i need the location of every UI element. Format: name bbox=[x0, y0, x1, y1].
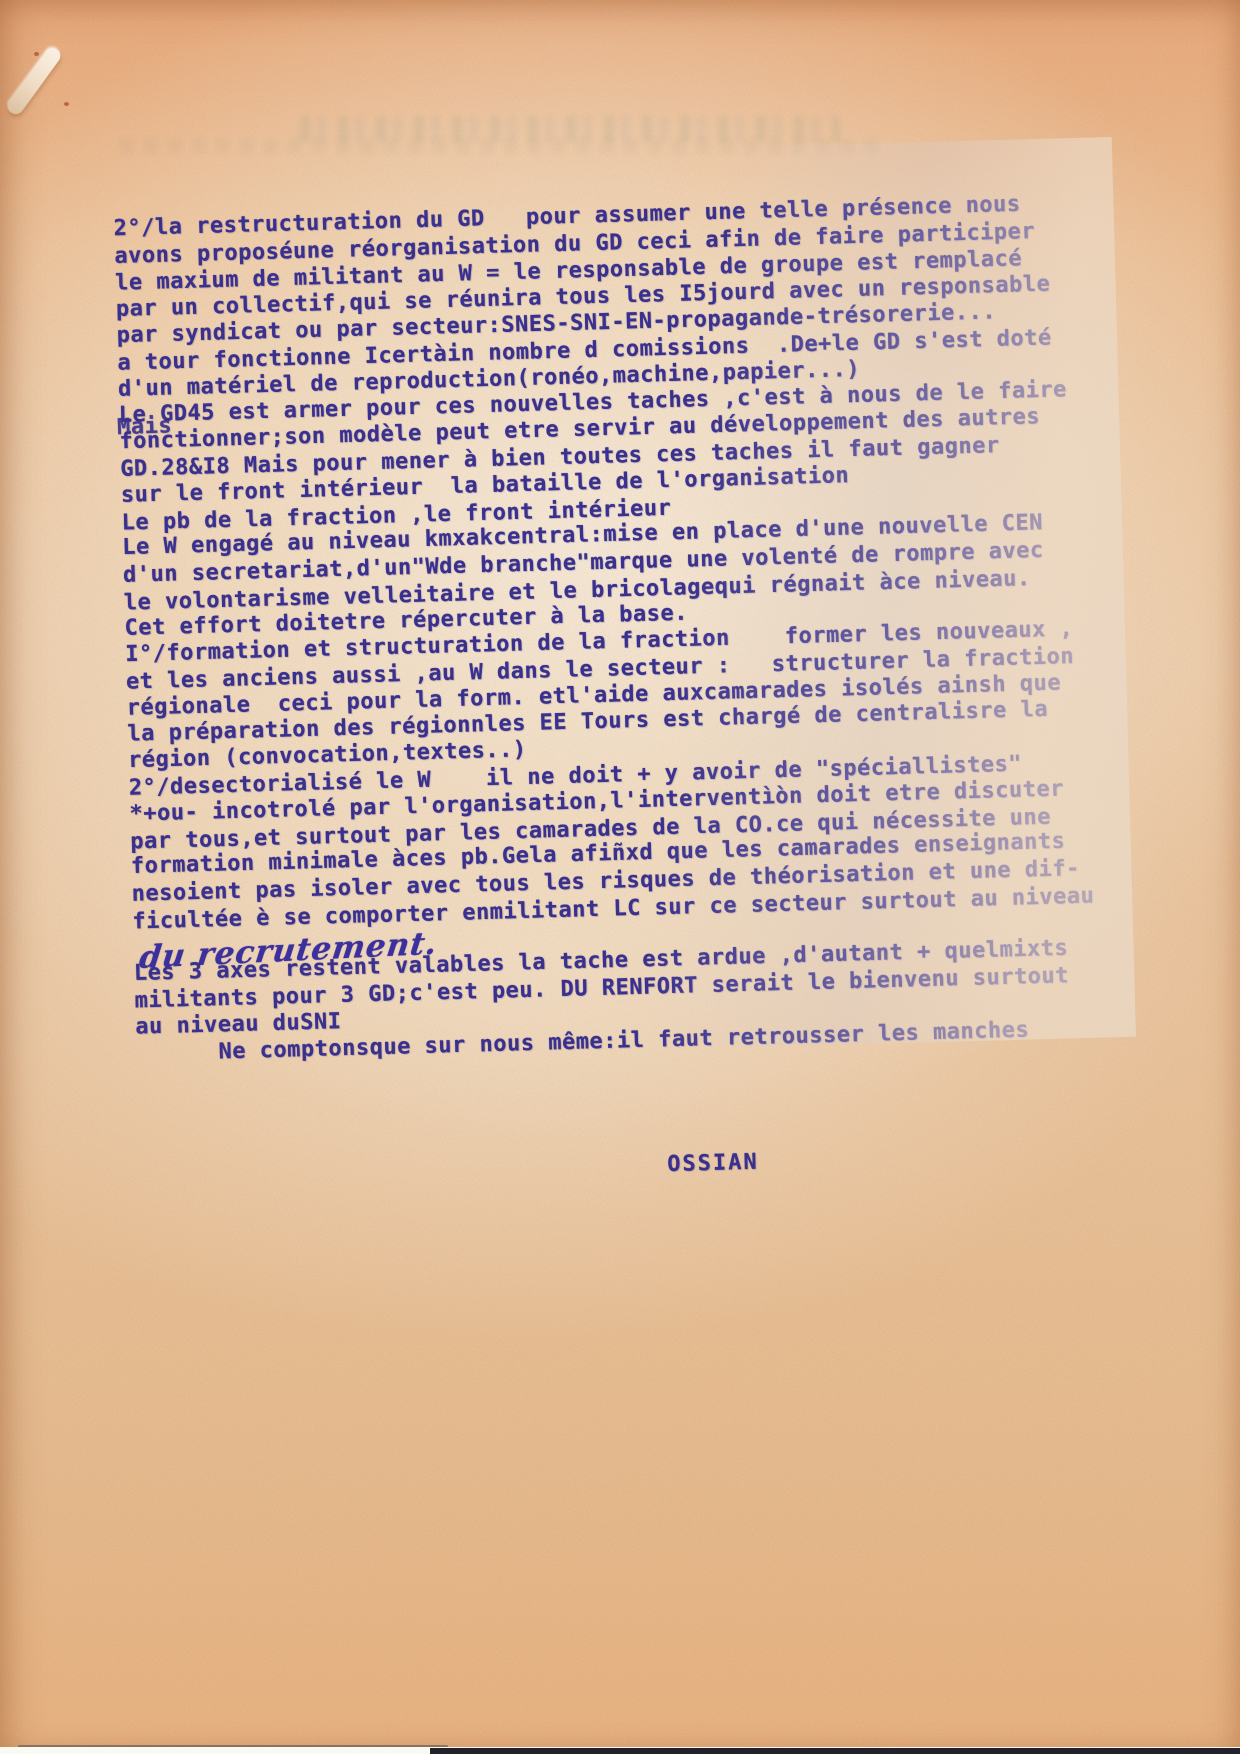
scanner-dark-edge bbox=[430, 1748, 1240, 1754]
signature: OSSIAN bbox=[139, 1139, 1139, 1193]
overstruck-word: Mais bbox=[117, 413, 173, 442]
paper-speck bbox=[34, 52, 39, 56]
typed-text-block: 2°/la restructuration du GD pour assumer… bbox=[112, 137, 1141, 1245]
typed-lines: 2°/la restructuration du GD pour assumer… bbox=[113, 190, 1136, 1068]
paper-speck bbox=[64, 102, 69, 106]
